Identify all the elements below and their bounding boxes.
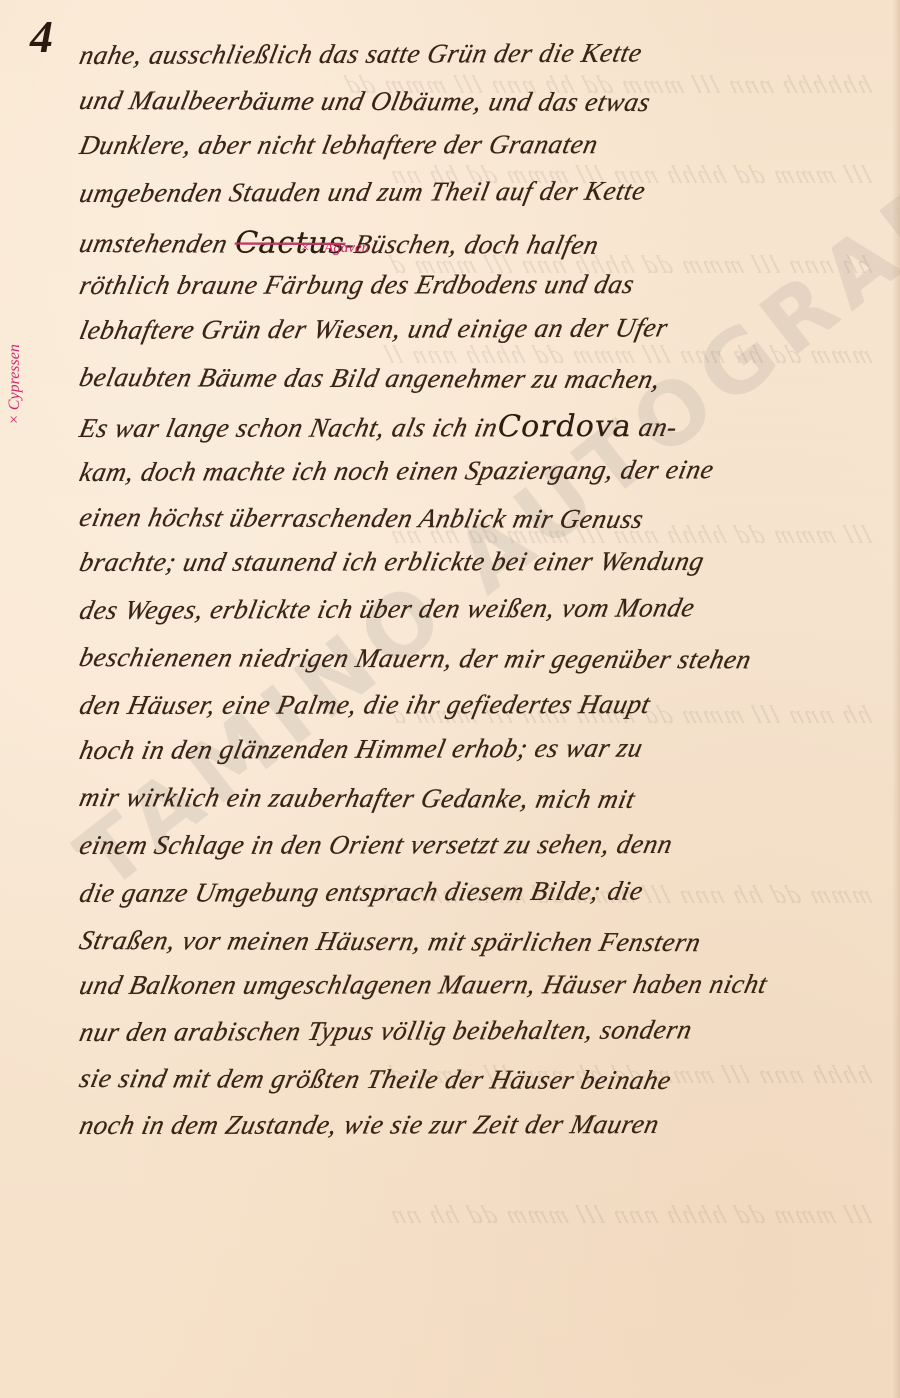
manuscript-line: mir wirklich ein zauberhafter Gedanke, m… xyxy=(77,782,882,816)
line-text: lebhaftere Grün der Wiesen, und einige a… xyxy=(77,312,671,345)
correction-text: Agaven xyxy=(324,240,369,256)
manuscript-line: sie sind mit dem größten Theile der Häus… xyxy=(77,1063,882,1097)
manuscript-line: belaubten Bäume das Bild angenehmer zu m… xyxy=(77,362,882,396)
page-number: 4 xyxy=(30,10,53,63)
manuscript-line: beschienenen niedrigen Mauern, der mir g… xyxy=(77,642,882,676)
manuscript-line: röthlich braune Färbung des Erdbodens un… xyxy=(77,269,882,301)
manuscript-line: und Maulbeerbäume und Olbäume, und das e… xyxy=(77,85,882,119)
line-text: nur den arabischen Typus völlig beibehal… xyxy=(77,1014,695,1047)
line-text: röthlich braune Färbung des Erdbodens un… xyxy=(77,269,637,300)
line-text: nahe, ausschließlich das satte Grün der … xyxy=(77,38,645,70)
manuscript-line: einem Schlage in den Orient versetzt zu … xyxy=(77,829,882,861)
manuscript-line: lebhaftere Grün der Wiesen, und einige a… xyxy=(77,312,881,347)
line-text: den Häuser, eine Palme, die ihr gefieder… xyxy=(77,689,653,720)
line-text: und Balkonen umgeschlagenen Mauern, Häus… xyxy=(77,969,770,1000)
manuscript-line: Es war lange schon Nacht, als ich inCord… xyxy=(76,409,881,445)
margin-note: × Cypressen xyxy=(6,265,28,425)
manuscript-line: die ganze Umgebung entsprach diesem Bild… xyxy=(77,875,881,910)
line-text: Straßen, vor meinen Häusern, mit spärlic… xyxy=(77,925,704,957)
manuscript-line: umgebenden Stauden und zum Theil auf der… xyxy=(77,175,881,210)
line-text: umgebenden Stauden und zum Theil auf der… xyxy=(77,176,649,208)
line-text: brachte; und staunend ich erblickte bei … xyxy=(77,546,707,577)
correction-mark: × xyxy=(300,240,310,256)
line-text: die ganze Umgebung entsprach diesem Bild… xyxy=(77,876,646,908)
line-text: beschienenen niedrigen Mauern, der mir g… xyxy=(77,642,755,674)
line-text: und Maulbeerbäume und Olbäume, und das e… xyxy=(77,85,654,117)
line-text: sie sind mit dem größten Theile der Häus… xyxy=(77,1063,674,1095)
line-text: Dunklere, aber nicht lebhaftere der Gran… xyxy=(77,129,601,160)
line-text: hoch in den glänzenden Himmel erhob; es … xyxy=(77,733,646,765)
manuscript-line: noch in dem Zustande, wie sie zur Zeit d… xyxy=(77,1109,882,1141)
manuscript-line: nur den arabischen Typus völlig beibehal… xyxy=(77,1014,881,1049)
red-ink-correction: ×Agaven xyxy=(300,240,369,257)
line-text: einen höchst überraschenden Anblick mir … xyxy=(77,502,647,534)
line-text: -Büschen, doch halfen xyxy=(342,229,602,260)
line-text: kam, doch machte ich noch einen Spazierg… xyxy=(77,454,717,487)
line-text: noch in dem Zustande, wie sie zur Zeit d… xyxy=(77,1109,662,1140)
manuscript-line: Dunklere, aber nicht lebhaftere der Gran… xyxy=(77,129,882,161)
manuscript-line: umstehenden Cactus-Büschen, doch halfen xyxy=(76,225,882,263)
latin-script-word: Cordova xyxy=(494,409,636,444)
manuscript-line: und Balkonen umgeschlagenen Mauern, Häus… xyxy=(77,969,882,1001)
line-text: belaubten Bäume das Bild angenehmer zu m… xyxy=(77,362,664,394)
manuscript-line: einen höchst überraschenden Anblick mir … xyxy=(77,502,882,536)
manuscript-line: hoch in den glänzenden Himmel erhob; es … xyxy=(77,732,881,767)
page-edge xyxy=(892,0,900,1398)
manuscript-line: Straßen, vor meinen Häusern, mit spärlic… xyxy=(77,925,882,959)
line-text: einem Schlage in den Orient versetzt zu … xyxy=(77,829,676,860)
manuscript-line: nahe, ausschließlich das satte Grün der … xyxy=(77,37,881,72)
manuscript-line: des Weges, erblickte ich über den weißen… xyxy=(77,592,881,627)
line-text: umstehenden xyxy=(77,228,238,259)
line-text: an- xyxy=(629,412,680,442)
manuscript-line: den Häuser, eine Palme, die ihr gefieder… xyxy=(77,689,882,721)
manuscript-line: kam, doch machte ich noch einen Spazierg… xyxy=(77,454,881,489)
line-text: des Weges, erblickte ich über den weißen… xyxy=(77,592,698,625)
manuscript-line: brachte; und staunend ich erblickte bei … xyxy=(77,546,882,578)
line-text: mir wirklich ein zauberhafter Gedanke, m… xyxy=(77,782,638,814)
line-text: Es war lange schon Nacht, als ich in xyxy=(77,412,501,443)
